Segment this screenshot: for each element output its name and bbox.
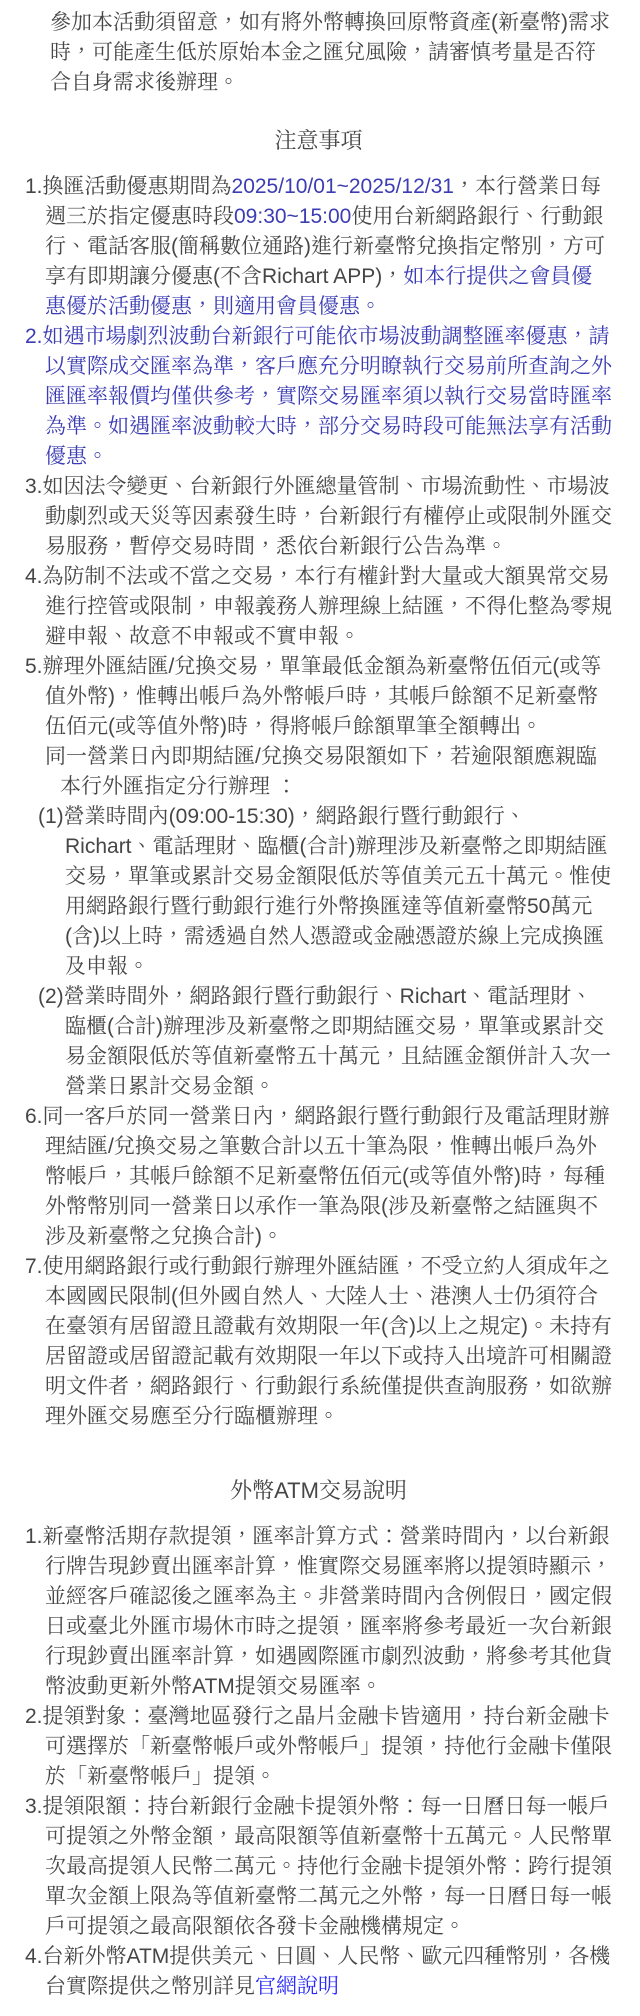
atm-list: 1.新臺幣活期存款提領，匯率計算方式：營業時間內，以台新銀行牌告現鈔賣出匯率計算… xyxy=(25,1522,612,2002)
list-item-notice-2: 2.如遇市場劇烈波動台新銀行可能依市場波動調整匯率優惠，請以實際成交匯率為準，客… xyxy=(25,322,612,472)
text-segment: 營業時間外，網路銀行暨行動銀行、Richart、電話理財、臨櫃(合計)辦理涉及新… xyxy=(64,985,611,1098)
list-item-atm-2: 2.提領對象：臺灣地區發行之晶片金融卡皆適用，持台新金融卡可選擇於「新臺幣帳戶或… xyxy=(25,1702,612,1792)
list-item-notice-6: 6.同一客戶於同一營業日內，網路銀行暨行動銀行及電話理財辦理結匯/兌換交易之筆數… xyxy=(25,1102,612,1252)
text-segment: 辦理外匯結匯/兌換交易，單筆最低金額為新臺幣伍佰元(或等值外幣)，惟轉出帳戶為外… xyxy=(43,655,602,738)
item-number: 7. xyxy=(25,1255,43,1278)
list-item-notice-7: 7.使用網路銀行或行動銀行辦理外匯結匯，不受立約人須成年之本國國民限制(但外國自… xyxy=(25,1252,612,1432)
text-segment: 同一客戶於同一營業日內，網路銀行暨行動銀行及電話理財辦理結匯/兌換交易之筆數合計… xyxy=(43,1105,610,1248)
list-item-notice-3: 3.如因法令變更、台新銀行外匯總量管制、市場流動性、市場波動劇烈或天災等因素發生… xyxy=(25,472,612,562)
sub-item: (2)營業時間外，網路銀行暨行動銀行、Richart、電話理財、臨櫃(合計)辦理… xyxy=(38,982,612,1102)
atm-section: 外幣ATM交易說明 1.新臺幣活期存款提領，匯率計算方式：營業時間內，以台新銀行… xyxy=(25,1476,612,2002)
list-item-notice-1: 1.換匯活動優惠期間為2025/10/01~2025/12/31，本行營業日每週… xyxy=(25,172,612,322)
text-segment: 如遇市場劇烈波動台新銀行可能依市場波動調整匯率優惠，請以實際成交匯率為準，客戶應… xyxy=(43,325,612,468)
text-segment: 為防制不法或不當之交易，本行有權針對大量或大額異常交易進行控管或限制，申報義務人… xyxy=(43,565,612,648)
section-title-atm: 外幣ATM交易說明 xyxy=(25,1476,612,1506)
text-segment: 提領限額：持台新銀行金融卡提領外幣：每一日曆日每一帳戶可提領之外幣金額，最高限額… xyxy=(43,1795,612,1938)
item-number: 4. xyxy=(25,1945,43,1968)
notice-section: 注意事項 1.換匯活動優惠期間為2025/10/01~2025/12/31，本行… xyxy=(25,126,612,1432)
list-item-notice-4: 4.為防制不法或不當之交易，本行有權針對大量或大額異常交易進行控管或限制，申報義… xyxy=(25,562,612,652)
text-segment: 09:30~15:00 xyxy=(234,205,351,228)
sub-item: (1)營業時間內(09:00-15:30)，網路銀行暨行動銀行、Richart、… xyxy=(38,802,612,982)
item-continuation: 同一營業日內即期結匯/兌換交易限額如下，若逾限額應親臨本行外匯指定分行辦理 ： xyxy=(45,742,612,802)
item-number: 3. xyxy=(25,1795,43,1818)
intro-paragraph: 參加本活動須留意，如有將外幣轉換回原幣資產(新臺幣)需求時，可能產生低於原始本金… xyxy=(50,8,612,98)
list-item-atm-1: 1.新臺幣活期存款提領，匯率計算方式：營業時間內，以台新銀行牌告現鈔賣出匯率計算… xyxy=(25,1522,612,1702)
item-number: 2. xyxy=(25,325,43,348)
text-segment: 提領對象：臺灣地區發行之晶片金融卡皆適用，持台新金融卡可選擇於「新臺幣帳戶或外幣… xyxy=(43,1705,612,1788)
list-item-atm-3: 3.提領限額：持台新銀行金融卡提領外幣：每一日曆日每一帳戶可提領之外幣金額，最高… xyxy=(25,1792,612,1942)
item-number: 3. xyxy=(25,475,43,498)
text-segment: 換匯活動優惠期間為 xyxy=(43,175,232,198)
item-number: 5. xyxy=(25,655,43,678)
text-segment: 新臺幣活期存款提領，匯率計算方式：營業時間內，以台新銀行牌告現鈔賣出匯率計算，惟… xyxy=(43,1525,612,1698)
text-segment: 使用網路銀行或行動銀行辦理外匯結匯，不受立約人須成年之本國國民限制(但外國自然人… xyxy=(43,1255,612,1428)
list-item-notice-5: 5.辦理外匯結匯/兌換交易，單筆最低金額為新臺幣伍佰元(或等值外幣)，惟轉出帳戶… xyxy=(25,652,612,1102)
text-segment: 同一營業日內即期結匯/兌換交易限額如下，若逾限額應親臨本行外匯指定分行辦理 ： xyxy=(45,745,597,798)
item-number: 6. xyxy=(25,1105,43,1128)
text-segment: 2025/10/01~2025/12/31 xyxy=(232,175,454,198)
notice-list: 1.換匯活動優惠期間為2025/10/01~2025/12/31，本行營業日每週… xyxy=(25,172,612,1432)
sub-item-number: (2) xyxy=(38,985,64,1008)
item-number: 1. xyxy=(25,175,43,198)
text-segment: 如因法令變更、台新銀行外匯總量管制、市場流動性、市場波動劇烈或天災等因素發生時，… xyxy=(43,475,612,558)
item-number: 1. xyxy=(25,1525,43,1548)
terms-page: 參加本活動須留意，如有將外幣轉換回原幣資產(新臺幣)需求時，可能產生低於原始本金… xyxy=(0,0,640,2016)
item-number: 2. xyxy=(25,1705,43,1728)
list-item-atm-4: 4.台新外幣ATM提供美元、日圓、人民幣、歐元四種幣別，各機台實際提供之幣別詳見… xyxy=(25,1942,612,2002)
official-site-link[interactable]: 官網說明 xyxy=(255,1975,339,1998)
item-number: 4. xyxy=(25,565,43,588)
sub-item-number: (1) xyxy=(38,805,64,828)
section-title-notice: 注意事項 xyxy=(25,126,612,156)
text-segment: 營業時間內(09:00-15:30)，網路銀行暨行動銀行、Richart、電話理… xyxy=(64,805,611,978)
